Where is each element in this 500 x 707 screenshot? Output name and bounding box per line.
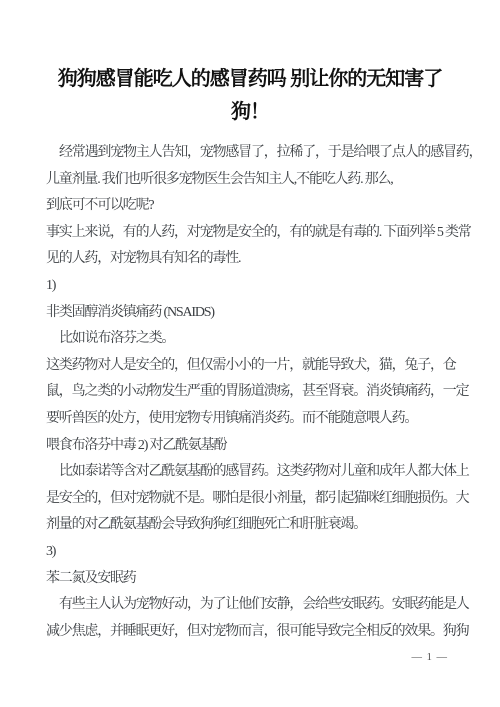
body-line: 比如泰诺等含对乙酰氨基酚的感冒药。这类药物对儿童和成年人都大体上 [46, 459, 456, 486]
body-line: 剂量的对乙酰氨基酚会导致狗狗红细胞死亡和肝脏衰竭。 [46, 512, 456, 539]
document-title-line2: 狗！ [20, 96, 480, 129]
body-line: 比如说布洛芬之类。 [46, 326, 456, 353]
body-line: 1) [46, 273, 456, 300]
body-line: 到底可不可以吃呢? [46, 193, 456, 220]
page-number: — 1 — [412, 652, 449, 663]
body-line: 事实上来说，有的人药，对宠物是安全的，有的就是有毒的. 下面列举 5 类常 [46, 220, 456, 247]
body-line: 喂食布洛芬中毒 2) 对乙酰氨基酚 [46, 433, 456, 460]
document-title: 狗狗感冒能吃人的感冒药吗 别让你的无知害了 狗！ [20, 63, 480, 129]
document-page: 狗狗感冒能吃人的感冒药吗 别让你的无知害了 狗！ 经常遇到宠物主人告知，宠物感冒… [0, 0, 500, 707]
body-line: 儿童剂量. 我们也听很多宠物医生会告知主人,不能吃人药. 那么, [46, 167, 456, 194]
body-line: 要听兽医的处方，使用宠物专用镇痛消炎药。而不能随意喂人药。 [46, 406, 456, 433]
body-line: 是安全的，但对宠物就不是。哪怕是很小剂量，都引起猫咪红细胞损伤。大 [46, 486, 456, 513]
document-title-line1: 狗狗感冒能吃人的感冒药吗 别让你的无知害了 [20, 63, 480, 96]
body-line: 这类药物对人是安全的，但仅需小小的一片，就能导致犬，猫，兔子，仓 [46, 353, 456, 380]
body-line: 非类固醇消炎镇痛药 (NSAIDS) [46, 300, 456, 327]
body-line: 苯二氮及安眠药 [46, 566, 456, 593]
body-line: 经常遇到宠物主人告知，宠物感冒了，拉稀了，于是给喂了点人的感冒药， [46, 140, 456, 167]
body-line: 鼠，鸟之类的小动物发生严重的胃肠道溃疡，甚至肾衰。消炎镇痛药，一定 [46, 379, 456, 406]
body-line: 3) [46, 539, 456, 566]
document-body: 经常遇到宠物主人告知，宠物感冒了，拉稀了，于是给喂了点人的感冒药， 儿童剂量. … [46, 140, 456, 645]
body-line: 有些主人认为宠物好动，为了让他们安静，会给些安眠药。安眠药能是人 [46, 592, 456, 619]
body-line: 见的人药，对宠物具有知名的毒性. [46, 246, 456, 273]
body-line: 减少焦虑，并睡眠更好，但对宠物而言，很可能导致完全相反的效果。狗狗 [46, 619, 456, 646]
